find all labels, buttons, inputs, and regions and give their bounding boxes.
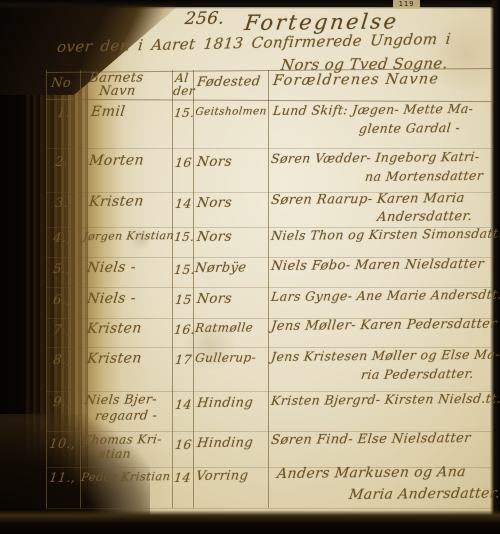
right-dark-edge [490, 0, 500, 534]
grid-vline-birthplace-parents [268, 70, 269, 508]
row-6-age: 15 [174, 292, 192, 307]
row-7-birthplace: Ratmølle [194, 320, 254, 335]
row-11-name: Peder Kristian [80, 469, 171, 484]
row-3-parents-line1: Søren Raarup- Karen Maria [270, 191, 465, 208]
row-9-name-line1: Niels Bjer- [84, 391, 158, 407]
row-7-name: Kristen [86, 320, 142, 337]
header-no: No [50, 76, 72, 91]
row-2-parents-line2: na Mortensdatter [364, 168, 484, 184]
row-11-age: 14 [173, 470, 191, 485]
grid-vline-age-birthplace [193, 70, 194, 508]
row-5-age: 15. [173, 262, 196, 277]
page-number: 256. [184, 9, 226, 29]
row-9-age: 14 [174, 397, 192, 412]
row-2-name: Morten [88, 152, 145, 169]
row-7-number: 7., [52, 323, 71, 338]
row-1-parents-line2: glente Gardal - [358, 120, 461, 136]
page-tab-number: 119 [393, 0, 420, 9]
row-10-parents-line1: Søren Find- Else Nielsdatter [270, 431, 471, 448]
row-8-parents-line1: Jens Kristesen Møller og Else Ma- [270, 347, 500, 364]
row-1-parents-line1: Lund Skift: Jægen- Mette Ma- [272, 101, 474, 118]
row-9-birthplace: Hinding [196, 395, 254, 411]
row-4-parents-line1: Niels Thon og Kirsten Simonsdatt. [270, 226, 500, 243]
row-4-birthplace: Nors [196, 229, 233, 245]
row-10-age: 16 [174, 437, 192, 452]
row-3-birthplace: Nors [196, 195, 233, 211]
row-9-number: 9., [52, 395, 71, 410]
row-5-birthplace: Nørbÿe [194, 260, 247, 276]
row-1-number: 1., [56, 106, 75, 121]
row-2-age: 16 [174, 155, 192, 170]
header-name-line2: Navn [98, 84, 136, 99]
row-3-number: 3., [54, 196, 73, 211]
row-10-name-line1: Thomas Kri- [82, 432, 162, 447]
row-8-age: 17 [174, 352, 192, 367]
row-1-birthplace: Geitsholmen [195, 105, 268, 118]
row-5-name: Niels - [86, 259, 137, 276]
row-8-birthplace: Gullerup- [194, 350, 257, 365]
bottom-dark-edge [0, 510, 500, 534]
grid-vline-no-name [80, 70, 81, 508]
row-4-number: 4., [52, 231, 71, 246]
row-9-name-line2: regaard - [94, 407, 158, 423]
row-4-age: 15. [173, 230, 195, 244]
header-parents: Forældrenes Navne [272, 71, 440, 89]
row-8-name: Kristen [86, 350, 142, 367]
row-8-number: 8., [52, 353, 71, 368]
row-5-number: 5., [52, 262, 71, 277]
top-dark-edge [0, 0, 500, 9]
row-10-number: 10., [48, 437, 76, 452]
row-2-number: 2., [54, 155, 73, 170]
row-4-name: Jørgen Kristian [83, 229, 175, 243]
grid-vline-left [46, 70, 47, 508]
grid-bottom-line [46, 508, 492, 509]
row-6-birthplace: Nors [196, 291, 233, 307]
row-6-parents-line1: Lars Gynge- Ane Marie Andersdtt. [270, 287, 500, 304]
row-2-parents-line1: Søren Vædder- Ingeborg Katri- [270, 149, 480, 166]
row-11-birthplace: Vorring [195, 468, 249, 484]
grid-vline-name-age [172, 70, 173, 508]
row-11-number: 11., [48, 471, 76, 486]
row-11-parents-line2: Maria Andersdatter. [348, 485, 500, 503]
row-1-age: 15. [173, 106, 195, 120]
row-1-name: Emil [90, 104, 126, 120]
row-6-name: Niels - [86, 290, 137, 307]
row-5-parents-line1: Niels Føbo- Maren Nielsdatter [270, 257, 485, 274]
scanned-register-page: 119 256. Fortegnelse over den i Aaret 18… [0, 0, 500, 534]
row-10-birthplace: Hinding [196, 435, 254, 451]
row-8-parents-line2: ria Pedersdatter. [360, 366, 475, 382]
row-2-birthplace: Nors [196, 154, 233, 170]
row-9-parents-line1: Kristen Bjergrd- Kirsten Nielsd.tt. [270, 391, 500, 408]
row-7-age: 16. [173, 322, 196, 337]
header-birthplace: Fødested [196, 74, 261, 90]
header-age-line2: der [172, 84, 195, 98]
row-7-parents-line1: Jens Møller- Karen Pedersdatter [270, 317, 497, 334]
row-11-parents-line1: Anders Markusen og Ana [276, 464, 467, 482]
row-3-age: 14 [174, 196, 192, 211]
row-6-number: 6., [52, 293, 71, 308]
row-3-name: Kristen [88, 193, 144, 210]
row-3-parents-line2: Andersdatter. [376, 209, 473, 225]
row-10-name-line2: stian [98, 447, 131, 461]
